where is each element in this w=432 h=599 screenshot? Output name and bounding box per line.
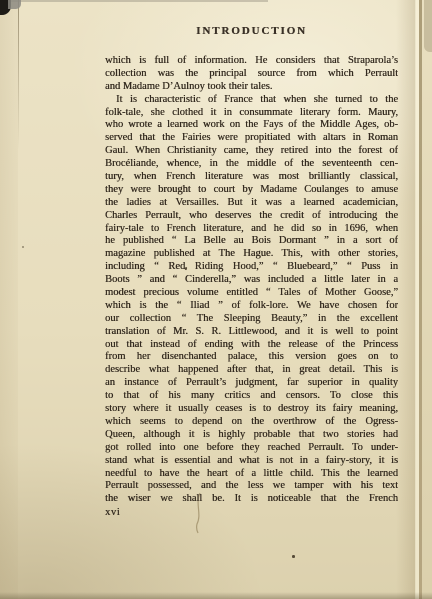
text-line: collection was the principal source from… [105, 68, 398, 81]
ink-speck [22, 246, 24, 248]
scan-grey-corner [8, 0, 21, 9]
text-line: out that instead of ending with the rele… [105, 339, 398, 352]
page-right-outer-edge [422, 0, 432, 599]
text-line: they were brought to court by Madame Cou… [105, 184, 398, 197]
page-left-crease-line [18, 0, 19, 150]
text-line: from her disenchanted palace, this versi… [105, 351, 398, 364]
text-line: which seems to depend on the overthrow o… [105, 416, 398, 429]
text-line: served that the Fairies were propitiated… [105, 132, 398, 145]
text-line: Charles Perrault, who deserves the credi… [105, 210, 398, 223]
text-line: stand what is essential and what is not … [105, 455, 398, 468]
text-line: Perrault possessed, and the less we tamp… [105, 480, 398, 493]
ink-speck [292, 555, 295, 558]
text-line: and Madame D’Aulnoy took their tales. [105, 81, 398, 94]
text-line: translation of Mr. S. R. Littlewood, and… [105, 326, 398, 339]
text-line: fairy-tale to French literature, and he … [105, 223, 398, 236]
text-line: which is the “ Iliad ” of folk-lore. We … [105, 300, 398, 313]
text-line: to that of his many critics and censors.… [105, 390, 398, 403]
page-signature: xvi [105, 507, 398, 520]
text-line: Boots ” and “ Cinderella,” was included … [105, 274, 398, 287]
book-page-scan: INTRODUCTION which is full of informatio… [0, 0, 432, 599]
text-line: which is full of information. He conside… [105, 55, 398, 68]
text-line: the wiser we shall be. It is noticeable … [105, 493, 398, 506]
text-line: Brocéliande, whence, in the middle of th… [105, 158, 398, 171]
text-line: story where it usually ceases is to dest… [105, 403, 398, 416]
chapter-heading: INTRODUCTION [105, 25, 398, 37]
body-text-block: which is full of information. He conside… [105, 55, 398, 520]
text-line: magazine published at The Hague. This, w… [105, 248, 398, 261]
page-left-edge-strip [0, 0, 18, 599]
text-line: he published “ La Belle au Bois Dormant … [105, 235, 398, 248]
text-line: Gaul. When Christianity came, they retir… [105, 145, 398, 158]
text-line: Queen, although it is highly probable th… [105, 429, 398, 442]
text-line: folk-tale, she clothed it in consummate … [105, 107, 398, 120]
text-line: tury, when French literature was most br… [105, 171, 398, 184]
text-line: It is characteristic of France that when… [105, 94, 398, 107]
page-bottom-shadow [0, 592, 432, 599]
text-line: modest precious volume entitled “ Tales … [105, 287, 398, 300]
text-line: describe what happened after that, in gr… [105, 364, 398, 377]
page-right-shadow-band [396, 0, 416, 599]
text-line: who wrote a learned work on the Fays of … [105, 119, 398, 132]
page-right-top-smudge [424, 0, 432, 52]
text-line: our collection “ The Sleeping Beauty,” i… [105, 313, 398, 326]
text-line: the ladies at Versailles. But it was a l… [105, 197, 398, 210]
text-line: needful to have the heart of a little ch… [105, 468, 398, 481]
text-line: got rolled into one before they reached … [105, 442, 398, 455]
text-line: including “ Red Riding Hood,” “ Bluebear… [105, 261, 398, 274]
page-top-edge-line [0, 0, 268, 2]
text-line: an instance of Perrault’s judgment, far … [105, 377, 398, 390]
